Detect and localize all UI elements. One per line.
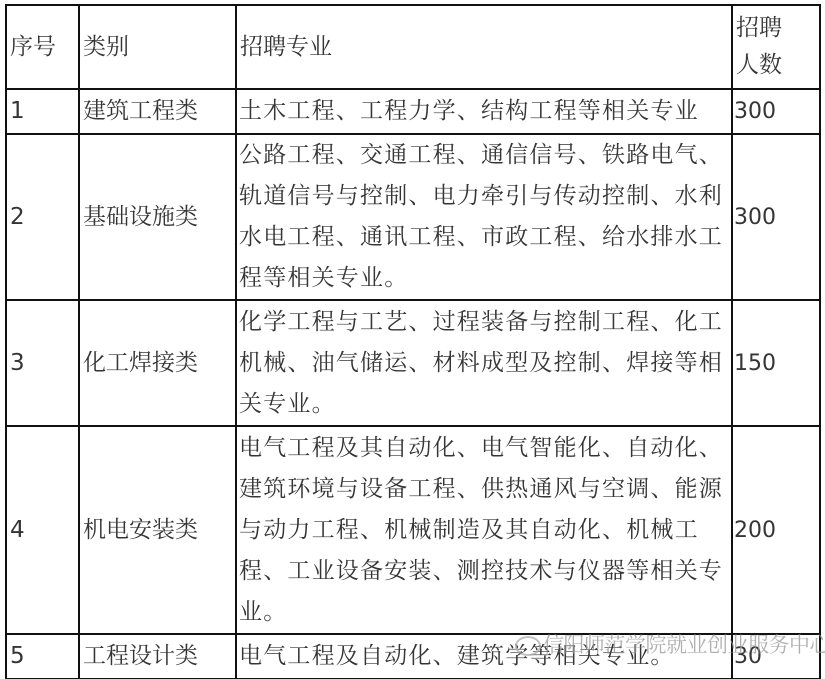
row-count: 150 bbox=[732, 300, 820, 426]
table-row: 4 机电安装类 电气工程及其自动化、电气智能化、自动化、建筑环境与设备工程、供热… bbox=[6, 426, 820, 634]
header-index: 序号 bbox=[6, 5, 79, 89]
row-category: 基础设施类 bbox=[79, 134, 236, 300]
header-count: 招聘人数 bbox=[732, 5, 820, 89]
recruitment-table: 序号 类别 招聘专业 招聘人数 1 建筑工程类 土木工程、工程力学、结构工程等相… bbox=[5, 4, 821, 679]
header-majors: 招聘专业 bbox=[236, 5, 732, 89]
wechat-icon bbox=[515, 636, 541, 656]
watermark-text: 信阳师范学院就业创业服务中心 bbox=[543, 633, 825, 657]
watermark: 信阳师范学院就业创业服务中心 bbox=[515, 629, 825, 659]
row-index: 5 bbox=[6, 634, 79, 679]
row-index: 2 bbox=[6, 134, 79, 300]
row-index: 3 bbox=[6, 300, 79, 426]
row-majors: 土木工程、工程力学、结构工程等相关专业 bbox=[236, 89, 732, 134]
table-header-row: 序号 类别 招聘专业 招聘人数 bbox=[6, 5, 820, 89]
row-count: 200 bbox=[732, 426, 820, 634]
row-majors: 电气工程及其自动化、电气智能化、自动化、建筑环境与设备工程、供热通风与空调、能源… bbox=[236, 426, 732, 634]
header-count-line2: 人数 bbox=[736, 52, 782, 78]
row-index: 4 bbox=[6, 426, 79, 634]
row-index: 1 bbox=[6, 89, 79, 134]
header-category: 类别 bbox=[79, 5, 236, 89]
row-category: 机电安装类 bbox=[79, 426, 236, 634]
row-majors: 化学工程与工艺、过程装备与控制工程、化工机械、油气储运、材料成型及控制、焊接等相… bbox=[236, 300, 732, 426]
table-row: 3 化工焊接类 化学工程与工艺、过程装备与控制工程、化工机械、油气储运、材料成型… bbox=[6, 300, 820, 426]
header-count-line1: 招聘 bbox=[736, 15, 782, 41]
row-category: 工程设计类 bbox=[79, 634, 236, 679]
row-count: 300 bbox=[732, 89, 820, 134]
row-majors: 公路工程、交通工程、通信信号、铁路电气、轨道信号与控制、电力牵引与传动控制、水利… bbox=[236, 134, 732, 300]
row-category: 化工焊接类 bbox=[79, 300, 236, 426]
row-count: 300 bbox=[732, 134, 820, 300]
table-row: 2 基础设施类 公路工程、交通工程、通信信号、铁路电气、轨道信号与控制、电力牵引… bbox=[6, 134, 820, 300]
row-category: 建筑工程类 bbox=[79, 89, 236, 134]
table-row: 1 建筑工程类 土木工程、工程力学、结构工程等相关专业 300 bbox=[6, 89, 820, 134]
